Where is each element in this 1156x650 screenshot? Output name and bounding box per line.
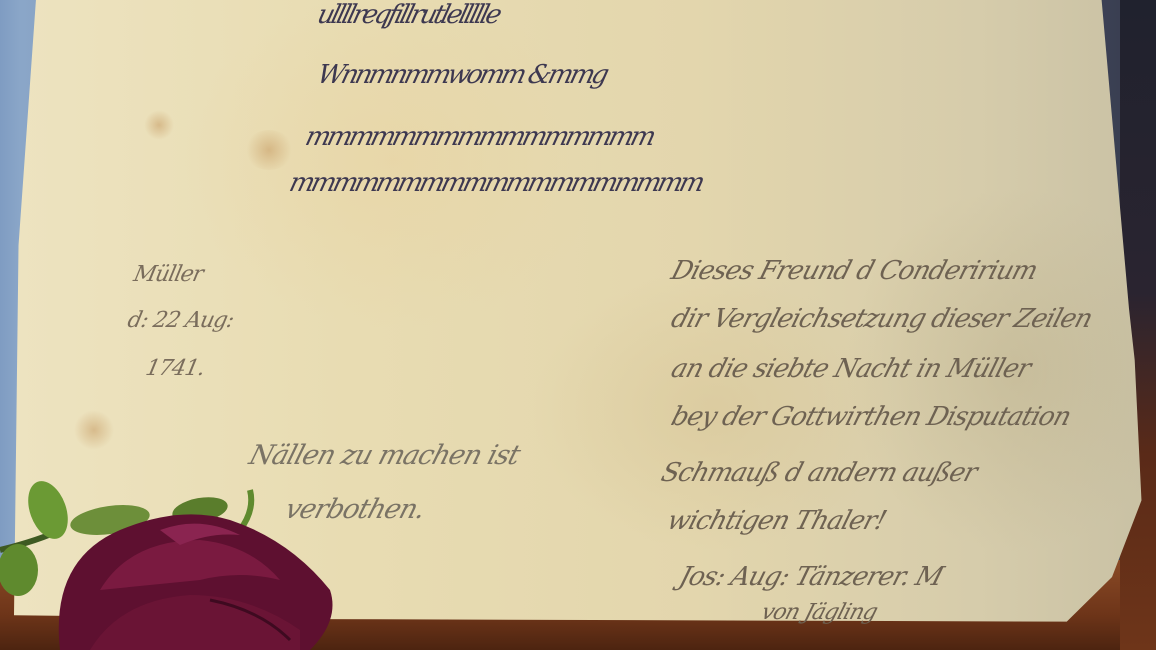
note-line: an die siebte Nacht in Müller <box>668 354 1034 384</box>
scribble-line-1: ullllreqfillrutlellllle <box>314 0 502 30</box>
dried-rose <box>0 470 340 650</box>
note-line: Müller <box>131 262 205 287</box>
note-line: Dieses Freund d Conderirium <box>668 256 1041 286</box>
scribble-line-3: mmmmmmmmmmmmmmmm <box>302 122 656 152</box>
note-line: Nällen zu machen ist <box>246 440 524 471</box>
note-line: 1741. <box>143 356 206 381</box>
note-line: dir Vergleichsetzung dieser Zeilen <box>668 304 1096 334</box>
note-line: Jos: Aug: Tänzerer. M <box>676 562 946 592</box>
note-line: d: 22 Aug: <box>125 308 235 333</box>
paper-stain <box>244 130 294 170</box>
scribble-line-2: Wnnmnmmwomm &mmg <box>314 60 609 90</box>
paper-stain <box>144 110 174 140</box>
note-line: von Jägling <box>758 600 879 625</box>
paper-stain <box>74 410 114 450</box>
note-line: Schmauß d andern außer <box>658 458 980 488</box>
scribble-line-4: mmmmmmmmmmmmmmmmmmm <box>286 168 705 198</box>
note-line: bey der Gottwirthen Disputation <box>668 402 1074 432</box>
note-line: wichtigen Thaler! <box>664 506 889 536</box>
